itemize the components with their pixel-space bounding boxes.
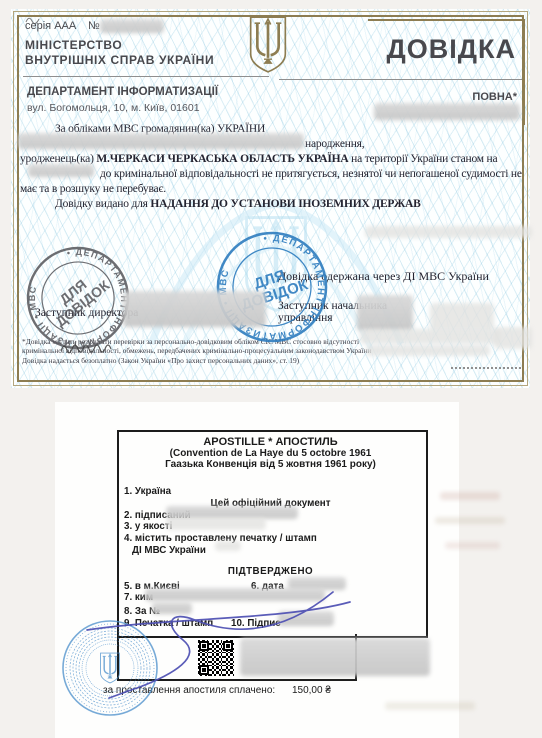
body-line-3: уродженець(ка) М.ЧЕРКАСИ ЧЕРКАСЬКА ОБЛАС… xyxy=(20,153,497,165)
header-rule-left xyxy=(23,76,269,77)
redacted-footnote-1 xyxy=(360,329,500,344)
blue-round-stamp: • ДЕПАРТАМЕНТ ІНФОРМАТИЗАЦІЇ • МВС ДЛЯ Д… xyxy=(207,222,337,352)
trident-emblem-icon xyxy=(248,15,288,74)
redacted-capacity xyxy=(166,518,266,530)
body-line-5: має та в розшуку не перебуває. xyxy=(20,183,166,195)
certificate-type-label: ПОВНА* xyxy=(391,91,517,103)
redacted-signature-left xyxy=(123,291,266,327)
signature-scribble xyxy=(75,590,375,710)
redacted-birthdate xyxy=(18,133,304,149)
apostille-confirmed: ПІДТВЕРДЖЕНО xyxy=(117,566,424,577)
birthplace-value: М.ЧЕРКАСИ ЧЕРКАСЬКА ОБЛАСТЬ УКРАЇНА xyxy=(96,153,348,165)
body-line-2: народження, xyxy=(305,138,364,150)
apostille-item-4-value: ДІ МВС України xyxy=(132,545,206,556)
footnote-line3: Довідка надається безоплатно (Закон Укра… xyxy=(22,356,520,365)
bleed-through-3 xyxy=(445,542,500,549)
redacted-strip-right xyxy=(365,226,532,238)
redacted-item4-extra xyxy=(215,541,241,551)
handwriting-smudge xyxy=(59,339,129,355)
redacted-under-type xyxy=(374,103,520,120)
redacted-signature-middle xyxy=(357,295,413,331)
serial-label: серія ААА xyxy=(25,20,76,32)
ministry-line1: МІНІСТЕРСТВО xyxy=(25,38,122,52)
scanned-documents-page: серія ААА № МІНІСТЕРСТВО ВНУТРІШНІХ СПРА… xyxy=(0,0,542,738)
redacted-date xyxy=(28,164,94,177)
body-line-4: до кримінальної відповідальності не прит… xyxy=(100,168,522,180)
bleed-through-1 xyxy=(440,492,500,500)
redacted-serial-number xyxy=(100,19,164,33)
print-code-microtext xyxy=(451,367,523,369)
apostille-title: APOSTILLE * АПОСТИЛЬ xyxy=(117,436,424,448)
ministry-line2: ВНУТРІШНІХ СПРАВ УКРАЇНИ xyxy=(25,53,214,67)
header-rule-right xyxy=(279,79,522,80)
certificate-title: ДОВІДКА xyxy=(341,34,516,65)
line6-pre: Довідку видано для xyxy=(55,198,148,210)
apostille-subtitle-fr: (Convention de La Haye du 5 octobre 1961 xyxy=(117,448,424,459)
line3-post: на території України станом на xyxy=(351,153,497,165)
body-line-6: Довідку видано для НАДАННЯ ДО УСТАНОВИ І… xyxy=(55,198,421,210)
number-label: № xyxy=(88,20,100,32)
bleed-through-2 xyxy=(435,517,505,524)
apostille-item-1: 1. Україна xyxy=(124,486,171,497)
department-name: ДЕПАРТАМЕНТ ІНФОРМАТИЗАЦІЇ xyxy=(27,86,218,98)
redacted-edge xyxy=(494,327,532,349)
department-address: вул. Богомольця, 10, м. Київ, 01601 xyxy=(27,102,200,114)
certificate-document: серія ААА № МІНІСТЕРСТВО ВНУТРІШНІХ СПРА… xyxy=(11,9,530,388)
redacted-signature-right xyxy=(430,303,494,331)
purpose-value: НАДАННЯ ДО УСТАНОВИ ІНОЗЕМНИХ ДЕРЖАВ xyxy=(150,198,420,210)
redacted-footnote-2 xyxy=(366,345,490,356)
apostille-subtitle-ua: Гаазька Конвенція від 5 жовтня 1961 року… xyxy=(117,459,424,470)
bleed-through-4 xyxy=(385,702,475,710)
apostille-document: APOSTILLE * АПОСТИЛЬ (Convention de La H… xyxy=(55,402,459,738)
